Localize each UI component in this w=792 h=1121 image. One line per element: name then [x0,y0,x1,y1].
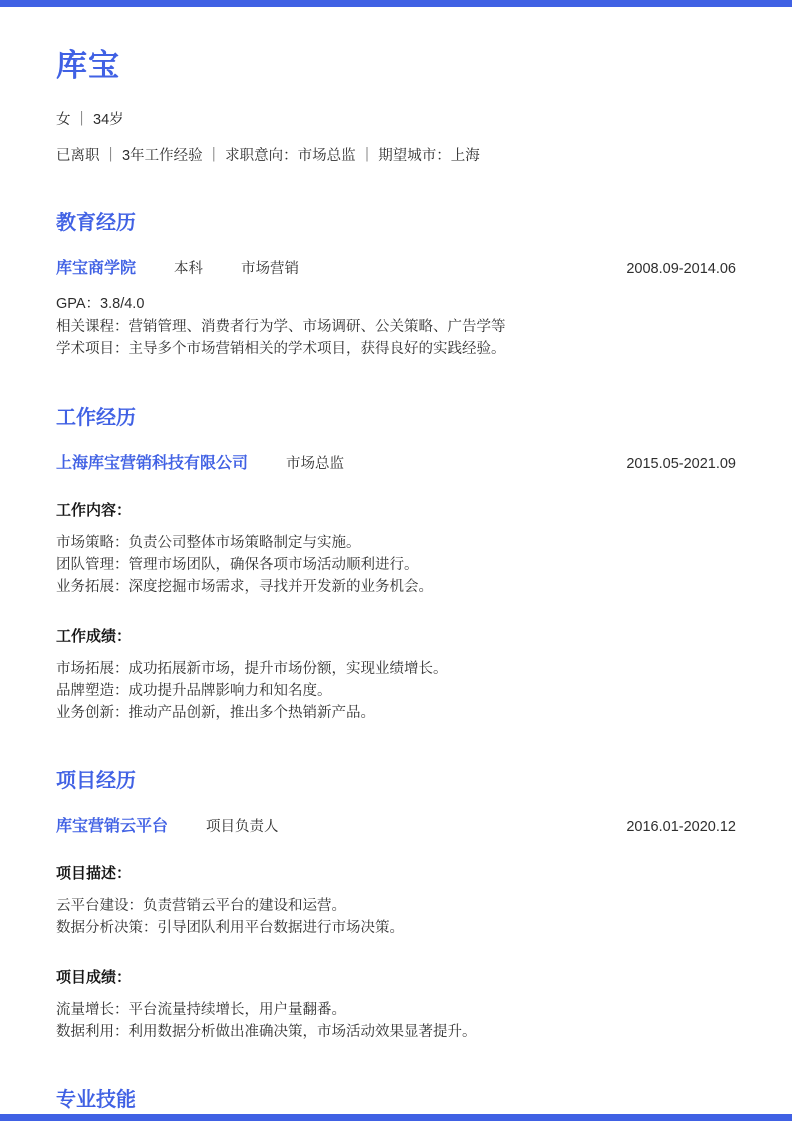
project-achievement-item: 数据利用：利用数据分析做出准确决策，市场活动效果显著提升。 [56,1021,736,1043]
project-description-label: 项目描述： [56,864,736,884]
project-description-list: 云平台建设：负责营销云平台的建设和运营。 数据分析决策：引导团队利用平台数据进行… [56,895,736,939]
job-title: 市场总监 [286,452,344,473]
courses-line: 相关课程：营销管理、消费者行为学、市场调研、公关策略、广告学等 [56,316,736,339]
skills-section: 专业技能 [56,1087,736,1113]
project-section-title: 项目经历 [56,768,736,794]
education-details: GPA：3.8/4.0 相关课程：营销管理、消费者行为学、市场调研、公关策略、广… [56,293,736,361]
academic-project-line: 学术项目：主导多个市场营销相关的学术项目，获得良好的实践经验。 [56,338,736,361]
project-achievement-list: 流量增长：平台流量持续增长，用户量翻番。 数据利用：利用数据分析做出准确决策，市… [56,999,736,1043]
project-description-item: 云平台建设：负责营销云平台的建设和运营。 [56,895,736,917]
project-achievement-label: 项目成绩： [56,968,736,988]
basic-info-line: 女 ｜ 34岁 [56,110,736,130]
school-name: 库宝商学院 [56,258,136,280]
education-date-range: 2008.09-2014.06 [626,261,736,277]
work-date-range: 2015.05-2021.09 [626,456,736,472]
work-content-list: 市场策略：负责公司整体市场策略制定与实施。 团队管理：管理市场团队，确保各项市场… [56,532,736,598]
project-entry-row: 库宝营销云平台 项目负责人 2016.01-2020.12 [56,815,736,838]
skills-section-title: 专业技能 [56,1087,736,1113]
work-achievement-item: 业务创新：推动产品创新，推出多个热销新产品。 [56,702,736,724]
project-section: 项目经历 库宝营销云平台 项目负责人 2016.01-2020.12 项目描述：… [56,768,736,1043]
top-accent-bar [0,0,792,7]
work-achievement-label: 工作成绩： [56,627,736,647]
work-entry-row: 上海库宝营销科技有限公司 市场总监 2015.05-2021.09 [56,452,736,475]
gpa-line: GPA：3.8/4.0 [56,293,736,316]
work-section-title: 工作经历 [56,405,736,431]
major: 市场营销 [241,257,299,278]
project-date-range: 2016.01-2020.12 [626,819,736,835]
job-intent-line: 已离职 ｜ 3年工作经验 ｜ 求职意向：市场总监 ｜ 期望城市：上海 [56,146,736,166]
work-content-item: 团队管理：管理市场团队，确保各项市场活动顺利进行。 [56,554,736,576]
work-content-item: 市场策略：负责公司整体市场策略制定与实施。 [56,532,736,554]
education-section: 教育经历 库宝商学院 本科 市场营销 2008.09-2014.06 GPA：3… [56,210,736,361]
degree: 本科 [174,257,203,278]
work-content-item: 业务拓展：深度挖掘市场需求，寻找并开发新的业务机会。 [56,576,736,598]
project-name: 库宝营销云平台 [56,816,168,838]
education-section-title: 教育经历 [56,210,736,236]
bottom-accent-bar [0,1114,792,1121]
education-entry-row: 库宝商学院 本科 市场营销 2008.09-2014.06 [56,257,736,280]
resume-page: 库宝 女 ｜ 34岁 已离职 ｜ 3年工作经验 ｜ 求职意向：市场总监 ｜ 期望… [0,47,792,1113]
project-description-item: 数据分析决策：引导团队利用平台数据进行市场决策。 [56,917,736,939]
resume-name: 库宝 [56,47,736,85]
project-role: 项目负责人 [206,815,279,836]
work-achievement-list: 市场拓展：成功拓展新市场，提升市场份额，实现业绩增长。 品牌塑造：成功提升品牌影… [56,658,736,724]
project-achievement-item: 流量增长：平台流量持续增长，用户量翻番。 [56,999,736,1021]
work-content-label: 工作内容： [56,501,736,521]
work-section: 工作经历 上海库宝营销科技有限公司 市场总监 2015.05-2021.09 工… [56,405,736,724]
work-achievement-item: 市场拓展：成功拓展新市场，提升市场份额，实现业绩增长。 [56,658,736,680]
company-name: 上海库宝营销科技有限公司 [56,453,248,475]
work-achievement-item: 品牌塑造：成功提升品牌影响力和知名度。 [56,680,736,702]
